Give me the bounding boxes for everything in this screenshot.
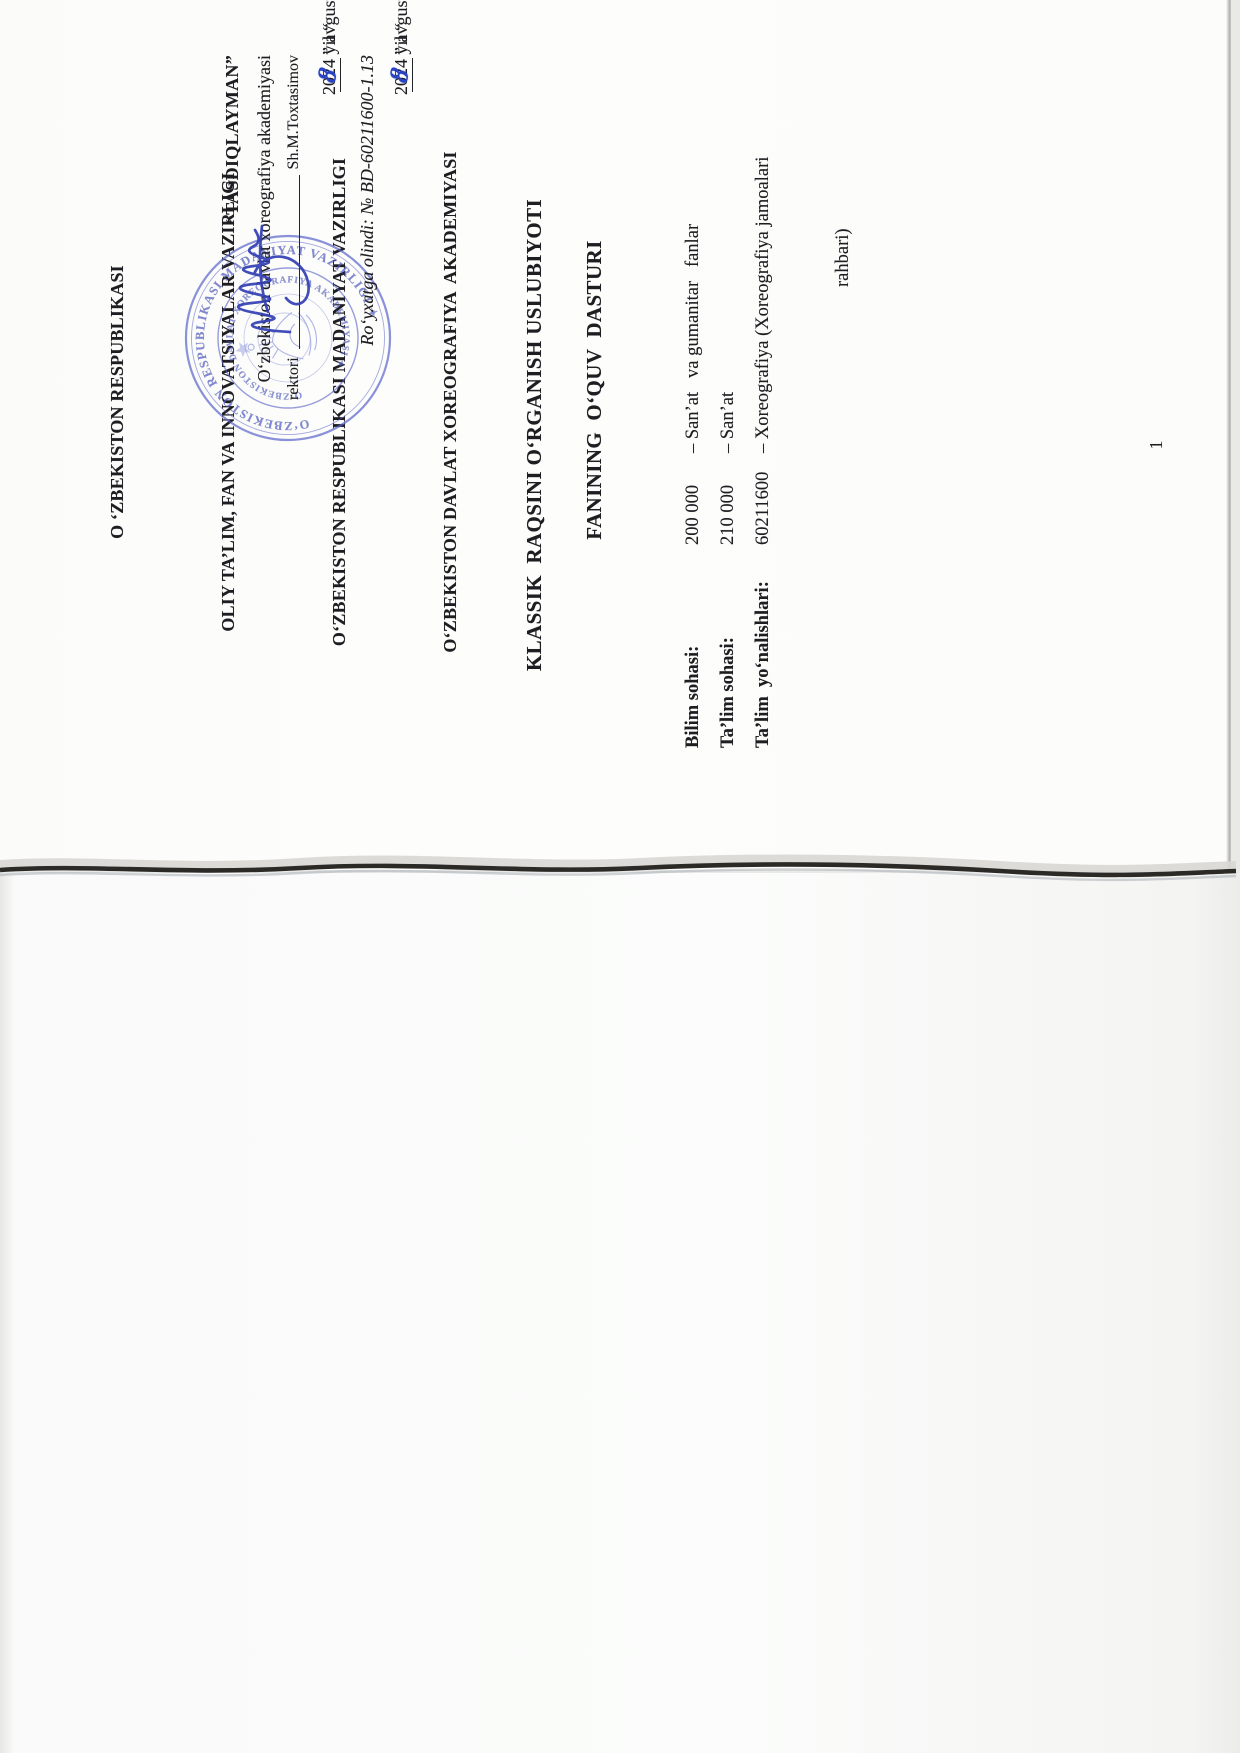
- program-title-line-2: FANINING O‘QUV DASTURI: [582, 0, 607, 825]
- page-edge-shadow: [1226, 0, 1231, 872]
- torn-page-edge: [0, 850, 1240, 884]
- field-row-education-direction: Ta’lim yo‘nalishlari: 60211600 – Xoreogr…: [753, 38, 783, 748]
- field-value-wrap-line: rahbari): [833, 228, 854, 287]
- field-code: 60211600: [753, 472, 774, 545]
- field-code: 200 000: [683, 485, 704, 545]
- signature-ink-icon: [224, 220, 324, 340]
- field-label: Ta’lim sohasi:: [718, 637, 739, 748]
- field-label: Bilim sohasi:: [683, 646, 704, 748]
- field-label: Ta’lim yo‘nalishlari:: [753, 581, 774, 748]
- field-code: 210 000: [718, 485, 739, 545]
- field-row-education-area: Ta’lim sohasi: 210 000 – San’at: [718, 38, 748, 748]
- approval-date-line-2: 2024 yil “8” avgust: [389, 55, 414, 95]
- approval-date-line-1: 2024 yil “8” avgust: [317, 55, 342, 95]
- rector-signature: [224, 220, 324, 340]
- rector-label: rektori: [285, 357, 303, 400]
- date1-suffix: ” avgust: [317, 0, 341, 55]
- approve-label: “TASDIQLAYMAN”: [220, 55, 244, 224]
- scanned-document-photo: O ‘ZBEKISTON RESPUBLIKASI OLIY TA’LIM, F…: [0, 0, 1240, 1753]
- study-fields-block: Bilim sohasi: 200 000 – San’at va gumani…: [676, 38, 906, 748]
- underlying-sheet: [0, 873, 1240, 1753]
- rector-name: Sh.M.Toxtasimov: [285, 55, 303, 169]
- registration-line: Ro‘yxatga olindi: № BD-60211600-1.13: [355, 55, 379, 346]
- field-row-knowledge-area: Bilim sohasi: 200 000 – San’at va gumani…: [683, 38, 713, 748]
- program-title-line-1: KLASSIK RAQSINI O‘RGANISH USLUBIYOTI: [522, 0, 547, 870]
- field-value: – San’at va gumanitar fanlar: [683, 224, 704, 453]
- field-value: – San’at: [718, 392, 739, 453]
- document-page: O ‘ZBEKISTON RESPUBLIKASI OLIY TA’LIM, F…: [0, 0, 1230, 870]
- heading-line-academy: O‘ZBEKISTON DAVLAT XOREOGRAFIYA AKADEMIY…: [432, 0, 469, 837]
- page-number: 1: [1146, 20, 1167, 870]
- field-value: – Xoreografiya (Xoreografiya jamoalari: [753, 157, 774, 453]
- heading-line-republic: O ‘ZBEKISTON RESPUBLIKASI: [99, 0, 136, 837]
- date2-suffix: ” avgust: [389, 0, 413, 55]
